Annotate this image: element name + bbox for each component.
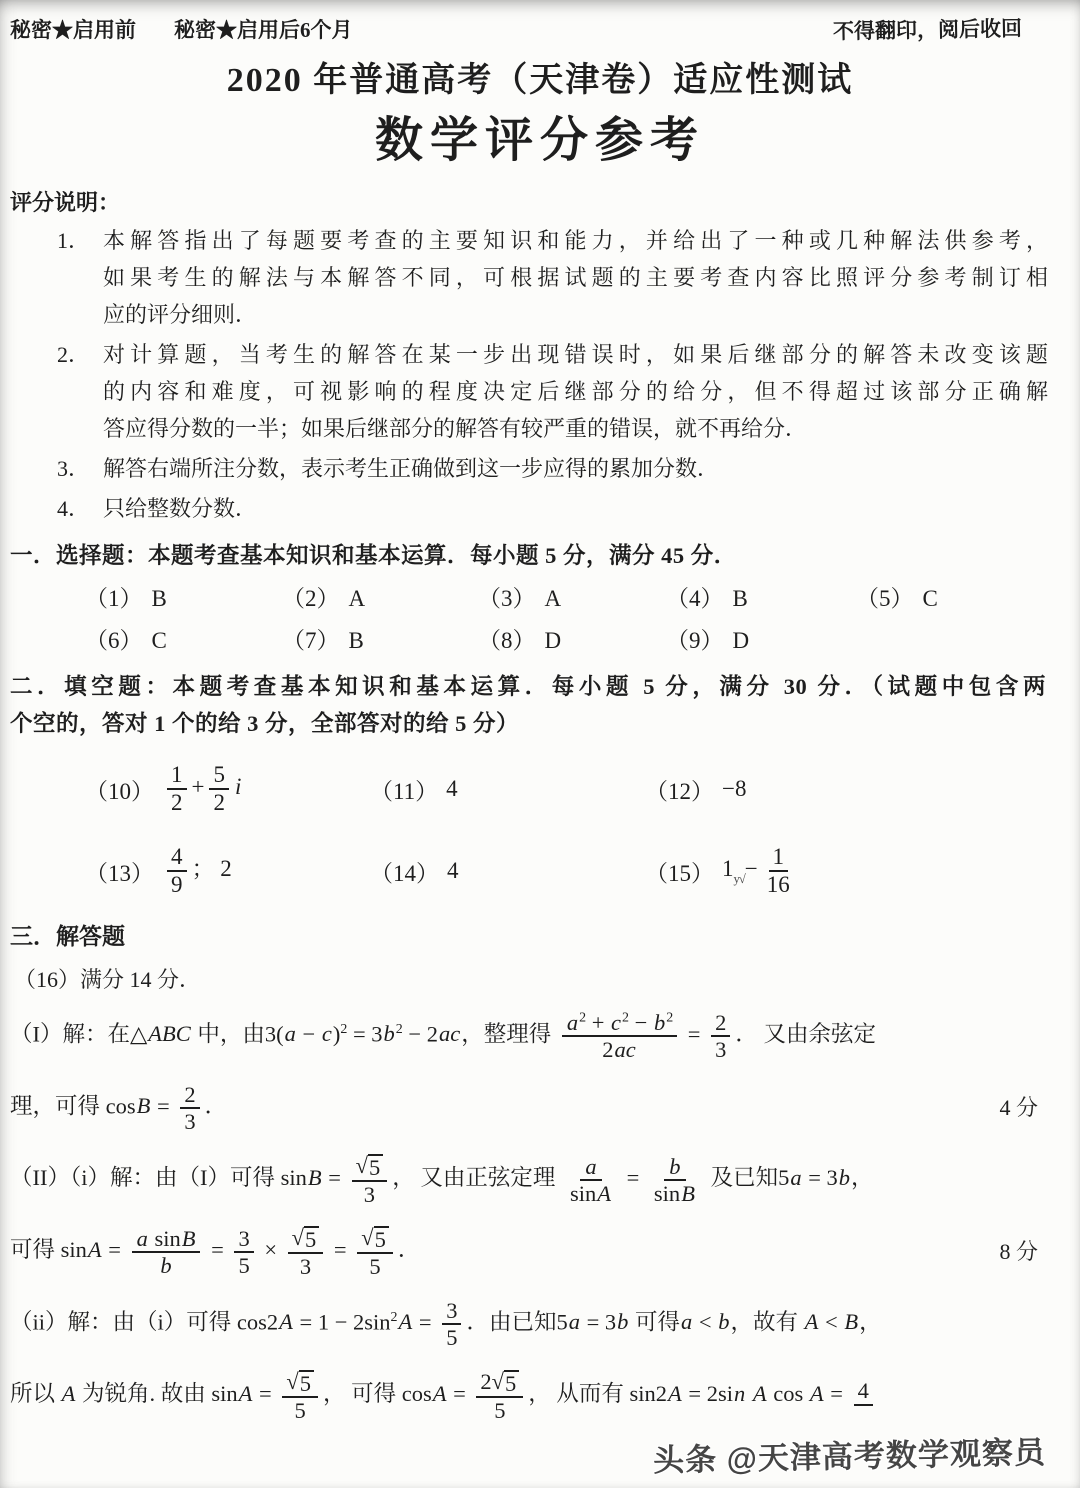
document-content: 秘密★启用前秘密★启用后6个月 不得翻印，阅后收回 2020 年普通高考（天津卷… (0, 0, 1080, 1428)
scoring-notes-heading: 评分说明： (10, 186, 1080, 219)
answer-value: B (349, 628, 364, 653)
answer-label: （11） (370, 773, 438, 806)
empty-cell (856, 623, 1080, 658)
note-text: 本解答指出了每题要考查的主要知识和能力，并给出了一种或几种解法供参考， 如果考生… (103, 222, 1048, 333)
note-number: 2． (57, 336, 103, 447)
solution-line-6: 所以 A 为锐角. 故由 sinA = √55， 可得 cosA = 2√55，… (10, 1364, 1038, 1428)
note-line: 的内容和难度，可视影响的程度决定后继部分的给分，但不得超过该部分正确解 (103, 373, 1048, 410)
note-number: 3． (57, 450, 103, 487)
answer-value: D (733, 628, 750, 653)
no-reprint-notice: 不得翻印，阅后收回 (833, 14, 1022, 45)
answer-label: （5） (856, 586, 914, 611)
note-number: 1． (57, 222, 103, 333)
section-2-heading-line-2: 个空的，答对 1 个的给 3 分，全部答对的给 5 分） (10, 705, 1046, 742)
blank-answers-row-1: （10）12+52i （11）4 （12）−8 (85, 754, 1080, 824)
note-line: 对计算题，当考生的解答在某一步出现错误时，如果后继部分的解答未改变该题 (103, 336, 1048, 373)
note-line: 如果考生的解法与本解答不同，可根据试题的主要考查内容比照评分参考制订相 (103, 259, 1048, 296)
choice-answer-7: （7）B (282, 623, 478, 658)
scoring-note-1: 1． 本解答指出了每题要考查的主要知识和能力，并给出了一种或几种解法供参考， 如… (57, 222, 1080, 333)
choice-answer-6: （6）C (85, 623, 282, 658)
answer-value: A (545, 586, 562, 611)
document-title: 2020 年普通高考（天津卷）适应性测试 (0, 58, 1080, 104)
answer-label: （4） (666, 586, 724, 611)
answer-value: B (152, 586, 167, 611)
blank-answer-12: （12）−8 (645, 773, 1080, 806)
choice-answer-9: （9）D (666, 623, 856, 658)
blank-answer-11: （11）4 (370, 773, 645, 806)
note-text: 解答右端所注分数，表示考生正确做到这一步应得的累加分数． (103, 450, 1048, 487)
choice-answer-4: （4）B (666, 581, 856, 616)
solution-line-5: （ii）解：由（i）可得 cos2A = 1 − 2sin2A = 35．由已知… (10, 1292, 1038, 1356)
blank-answer-13: （13）49； 2 (85, 844, 370, 898)
answer-label: （8） (478, 628, 536, 653)
document-header: 秘密★启用前秘密★启用后6个月 不得翻印，阅后收回 (0, 0, 1080, 44)
answer-label: （13） (85, 855, 154, 888)
section-1-heading: 一．选择题：本题考查基本知识和基本运算．每小题 5 分，满分 45 分． (10, 537, 1046, 574)
solution-line-4: 可得 sinA = a sinBb = 35 × √53 = √55． 8 分 (10, 1220, 1038, 1284)
answer-value: A (349, 586, 366, 611)
answer-value: 4 (446, 776, 458, 802)
choice-answer-2: （2）A (282, 581, 478, 616)
question-16-score-line: （16）满分 14 分． (14, 963, 1080, 996)
choice-answer-3: （3）A (478, 581, 666, 616)
solution-line-3: （II）（i）解：由（I）可得 sinB = √53， 又由正弦定理 asinA… (10, 1148, 1038, 1212)
blank-answer-14: （14）4 (370, 855, 645, 888)
answer-label: （7） (282, 628, 340, 653)
answer-label: （9） (666, 628, 724, 653)
scanned-document-page: 秘密★启用前秘密★启用后6个月 不得翻印，阅后收回 2020 年普通高考（天津卷… (0, 0, 1080, 1488)
answer-label: （2） (282, 586, 340, 611)
scoring-note-2: 2． 对计算题，当考生的解答在某一步出现错误时，如果后继部分的解答未改变该题 的… (57, 336, 1080, 447)
security-notice-left: 秘密★启用前秘密★启用后6个月 (10, 16, 391, 44)
answer-label: （15） (645, 855, 714, 888)
answer-label: （10） (85, 773, 154, 806)
blank-answer-15: （15）1y√−116 (645, 844, 1080, 898)
blank-answer-10: （10）12+52i (85, 762, 370, 816)
answer-value: 12+52i (162, 762, 242, 816)
answer-label: （12） (645, 773, 714, 806)
choice-answers-row-2: （6）C （7）B （8）D （9）D (85, 623, 1080, 658)
answer-value: D (545, 628, 562, 653)
score-badge-8: 8 分 (999, 1237, 1038, 1267)
answer-value: −8 (722, 776, 746, 802)
note-text: 对计算题，当考生的解答在某一步出现错误时，如果后继部分的解答未改变该题 的内容和… (103, 336, 1048, 447)
answer-value: 4 (447, 858, 459, 884)
note-line: 答应得分数的一半；如果后继部分的解答有较严重的错误，就不再给分． (103, 410, 1048, 447)
choice-answers-row-1: （1）B （2）A （3）A （4）B （5）C (85, 581, 1080, 616)
choice-answer-5: （5）C (856, 581, 1080, 616)
solution-math: （I）解：在△ABC 中，由3(a − c)2 = 3b2 − 2ac，整理得 … (10, 1010, 1038, 1062)
document-subtitle: 数学评分参考 (0, 112, 1080, 170)
solution-math: 理，可得 cosB = 23． (10, 1082, 1038, 1134)
score-badge-4: 4 分 (999, 1093, 1038, 1123)
section-2-heading: 二．填空题：本题考查基本知识和基本运算．每小题 5 分，满分 30 分．（试题中… (10, 668, 1046, 742)
answer-label: （3） (478, 586, 536, 611)
solution-math: 所以 A 为锐角. 故由 sinA = √55， 可得 cosA = 2√55，… (10, 1369, 1038, 1423)
scoring-note-4: 4． 只给整数分数． (57, 490, 1080, 527)
choice-answer-1: （1）B (85, 581, 282, 616)
choice-answer-8: （8）D (478, 623, 666, 658)
solution-math: 可得 sinA = a sinBb = 35 × √53 = √55． (10, 1225, 1038, 1279)
answer-label: （6） (85, 628, 143, 653)
answer-value: 1y√−116 (722, 844, 799, 898)
solution-line-1: （I）解：在△ABC 中，由3(a − c)2 = 3b2 − 2ac，整理得 … (10, 1004, 1038, 1068)
answer-value: B (733, 586, 748, 611)
secret-after-label: 秘密★启用后6个月 (174, 18, 353, 42)
answer-value: 49； 2 (162, 844, 232, 898)
note-number: 4． (57, 490, 103, 527)
blank-answers-row-2: （13）49； 2 （14）4 （15）1y√−116 (85, 836, 1080, 906)
solution-line-2: 理，可得 cosB = 23． 4 分 (10, 1076, 1038, 1140)
solution-math: （II）（i）解：由（I）可得 sinB = √53， 又由正弦定理 asinA… (10, 1153, 1038, 1207)
note-line: 本解答指出了每题要考查的主要知识和能力，并给出了一种或几种解法供参考， (103, 222, 1048, 259)
answer-value: C (152, 628, 167, 653)
section-2-heading-line-1: 二．填空题：本题考查基本知识和基本运算．每小题 5 分，满分 30 分．（试题中… (10, 668, 1046, 705)
watermark: 头条 @天津高考数学观察员 (653, 1427, 1047, 1480)
scoring-note-3: 3． 解答右端所注分数，表示考生正确做到这一步应得的累加分数． (57, 450, 1080, 487)
answer-label: （1） (85, 586, 143, 611)
secret-before-label: 秘密★启用前 (10, 18, 136, 42)
answer-label: （14） (370, 855, 439, 888)
answer-value: C (923, 586, 938, 611)
solution-math: （ii）解：由（i）可得 cos2A = 1 − 2sin2A = 35．由已知… (10, 1298, 1038, 1350)
note-line: 应的评分细则． (103, 296, 1048, 333)
section-3-heading: 三．解答题 (10, 920, 1080, 953)
note-text: 只给整数分数． (103, 490, 1048, 527)
